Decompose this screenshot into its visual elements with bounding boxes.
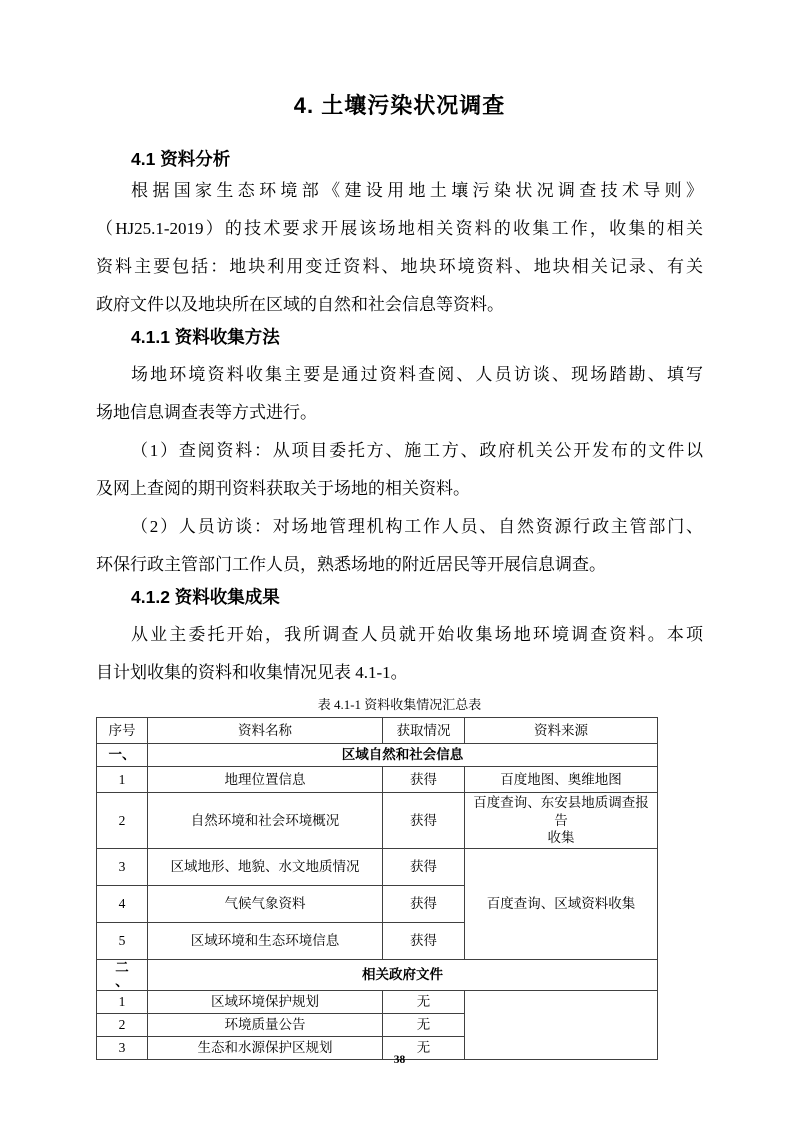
section-row-2: 二 、 相关政府文件 bbox=[97, 959, 658, 990]
cell-seq: 2 bbox=[97, 793, 148, 849]
col-header-name: 资料名称 bbox=[148, 718, 383, 744]
data-collection-table: 序号 资料名称 获取情况 资料来源 一、 区域自然和社会信息 1 地理位置信息 … bbox=[96, 717, 658, 1060]
cell-status: 获得 bbox=[383, 793, 465, 849]
cell-source-merged: 百度查询、区域资料收集 bbox=[465, 848, 658, 959]
cell-name: 区域环境和生态环境信息 bbox=[148, 922, 383, 959]
paragraph-collection-result: 从业主委托开始，我所调查人员就开始收集场地环境调查资料。本项 目计划收集的资料和… bbox=[96, 616, 703, 692]
paragraph-item-1: （1）查阅资料：从项目委托方、施工方、政府机关公开发布的文件以 及网上查阅的期刊… bbox=[96, 432, 703, 508]
cell-seq: 4 bbox=[97, 885, 148, 922]
cell-seq: 1 bbox=[97, 767, 148, 793]
cell-source-merged-empty bbox=[465, 990, 658, 1059]
paragraph-item-2: （2）人员访谈：对场地管理机构工作人员、自然资源行政主管部门、 环保行政主管部门… bbox=[96, 508, 703, 584]
cell-source: 百度地图、奥维地图 bbox=[465, 767, 658, 793]
cell-status: 无 bbox=[383, 1013, 465, 1036]
cell-seq: 3 bbox=[97, 848, 148, 885]
cell-name: 自然环境和社会环境概况 bbox=[148, 793, 383, 849]
section-title: 区域自然和社会信息 bbox=[148, 744, 658, 767]
cell-status: 获得 bbox=[383, 767, 465, 793]
cell-seq: 2 bbox=[97, 1013, 148, 1036]
paragraph-line: （2）人员访谈：对场地管理机构工作人员、自然资源行政主管部门、 bbox=[96, 508, 703, 546]
table-caption: 表 4.1-1 资料收集情况汇总表 bbox=[96, 696, 703, 714]
paragraph-line: 政府文件以及地块所在区域的自然和社会信息等资料。 bbox=[96, 286, 703, 324]
section-seq: 二 、 bbox=[97, 959, 148, 990]
cell-status: 获得 bbox=[383, 922, 465, 959]
paragraph-line: （HJ25.1-2019）的技术要求开展该场地相关资料的收集工作，收集的相关 bbox=[96, 210, 703, 248]
cell-status: 获得 bbox=[383, 848, 465, 885]
cell-name: 区域环境保护规划 bbox=[148, 990, 383, 1013]
paragraph-line: 场地环境资料收集主要是通过资料查阅、人员访谈、现场踏勘、填写 bbox=[96, 356, 703, 394]
document-page: 4. 土壤污染状况调查 4.1 资料分析 根据国家生态环境部《建设用地土壤污染状… bbox=[0, 0, 793, 1122]
paragraph-line: 环保行政主管部门工作人员，熟悉场地的附近居民等开展信息调查。 bbox=[96, 546, 703, 584]
col-header-source: 资料来源 bbox=[465, 718, 658, 744]
cell-name: 气候气象资料 bbox=[148, 885, 383, 922]
cell-status: 无 bbox=[383, 990, 465, 1013]
paragraph-line: 资料主要包括：地块利用变迁资料、地块环境资料、地块相关记录、有关 bbox=[96, 248, 703, 286]
cell-name: 区域地形、地貌、水文地质情况 bbox=[148, 848, 383, 885]
heading-4-1-1: 4.1.1 资料收集方法 bbox=[96, 324, 703, 350]
cell-source: 百度查询、东安县地质调查报告 收集 bbox=[465, 793, 658, 849]
heading-4-1: 4.1 资料分析 bbox=[96, 146, 703, 172]
paragraph-line: （1）查阅资料：从项目委托方、施工方、政府机关公开发布的文件以 bbox=[96, 432, 703, 470]
page-number: 38 bbox=[96, 1052, 703, 1068]
table-row: 3 区域地形、地貌、水文地质情况 获得 百度查询、区域资料收集 bbox=[97, 848, 658, 885]
section-row-1: 一、 区域自然和社会信息 bbox=[97, 744, 658, 767]
cell-name: 环境质量公告 bbox=[148, 1013, 383, 1036]
section-seq: 一、 bbox=[97, 744, 148, 767]
cell-seq: 1 bbox=[97, 990, 148, 1013]
cell-status: 获得 bbox=[383, 885, 465, 922]
table-row: 2 自然环境和社会环境概况 获得 百度查询、东安县地质调查报告 收集 bbox=[97, 793, 658, 849]
page-title: 4. 土壤污染状况调查 bbox=[96, 92, 703, 120]
heading-4-1-2: 4.1.2 资料收集成果 bbox=[96, 584, 703, 610]
paragraph-line: 从业主委托开始，我所调查人员就开始收集场地环境调查资料。本项 bbox=[96, 616, 703, 654]
paragraph-line: 根据国家生态环境部《建设用地土壤污染状况调查技术导则》 bbox=[96, 172, 703, 210]
table-row: 1 区域环境保护规划 无 bbox=[97, 990, 658, 1013]
paragraph-line: 及网上查阅的期刊资料获取关于场地的相关资料。 bbox=[96, 470, 703, 508]
page-content: 4. 土壤污染状况调查 4.1 资料分析 根据国家生态环境部《建设用地土壤污染状… bbox=[96, 0, 703, 1060]
col-header-status: 获取情况 bbox=[383, 718, 465, 744]
paragraph-4-1: 根据国家生态环境部《建设用地土壤污染状况调查技术导则》 （HJ25.1-2019… bbox=[96, 172, 703, 324]
paragraph-line: 目计划收集的资料和收集情况见表 4.1-1。 bbox=[96, 654, 703, 692]
paragraph-line: 场地信息调查表等方式进行。 bbox=[96, 394, 703, 432]
cell-seq: 5 bbox=[97, 922, 148, 959]
paragraph-collection-method: 场地环境资料收集主要是通过资料查阅、人员访谈、现场踏勘、填写 场地信息调查表等方… bbox=[96, 356, 703, 432]
cell-name: 地理位置信息 bbox=[148, 767, 383, 793]
col-header-seq: 序号 bbox=[97, 718, 148, 744]
table-row: 1 地理位置信息 获得 百度地图、奥维地图 bbox=[97, 767, 658, 793]
table-header-row: 序号 资料名称 获取情况 资料来源 bbox=[97, 718, 658, 744]
section-title: 相关政府文件 bbox=[148, 959, 658, 990]
